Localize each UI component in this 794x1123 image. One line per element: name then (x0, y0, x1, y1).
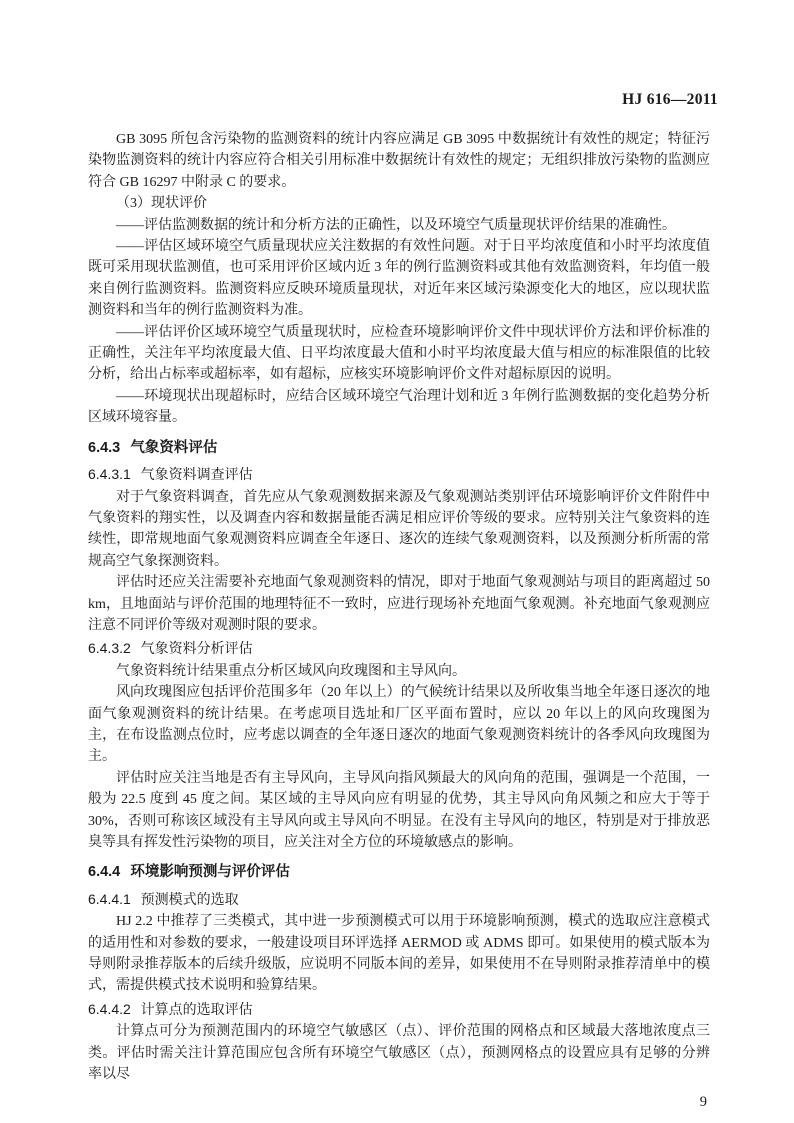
paragraph-dash-evaluation-standards: ——评估评价区域环境空气质量现状时，应检查环境影响评价文件中现状评价方法和评价标… (88, 322, 710, 386)
heading-number: 6.4.4 (88, 864, 120, 880)
paragraph-dash-data-validity: ——评估区域环境空气质量现状应关注数据的有效性问题。对于日平均浓度值和小时平均浓… (88, 236, 710, 322)
paragraph-wind-rose-requirements: 风向玫瑰图应包括评价范围多年（20 年以上）的气候统计结果以及所收集当地全年逐日… (88, 682, 710, 768)
paragraph-meteorological-survey: 对于气象资料调查，首先应从气象观测数据来源及气象观测站类别评估环境影响评价文件附… (88, 487, 710, 573)
heading-number: 6.4.3.1 (88, 466, 131, 482)
heading-title: 气象资料评估 (130, 440, 217, 456)
heading-number: 6.4.4.2 (88, 1001, 131, 1017)
heading-number: 6.4.3 (88, 440, 120, 456)
heading-6-4-4-2: 6.4.4.2计算点的选取评估 (88, 999, 710, 1021)
heading-title: 气象资料调查评估 (141, 468, 253, 483)
heading-6-4-3-2: 6.4.3.2气象资料分析评估 (88, 638, 710, 660)
heading-title: 环境影响预测与评价评估 (130, 864, 290, 880)
heading-6-4-3-1: 6.4.3.1气象资料调查评估 (88, 464, 710, 486)
heading-title: 预测模式的选取 (141, 893, 239, 908)
heading-title: 计算点的选取评估 (141, 1003, 253, 1018)
paragraph-calculation-points: 计算点可分为预测范围内的环境空气敏感区（点）、评价范围的网格点和区域最大落地浓度… (88, 1021, 710, 1085)
paragraph-wind-rose-focus: 气象资料统计结果重点分析区域风向玫瑰图和主导风向。 (88, 661, 710, 682)
paragraph-dash-exceedance-trend: ——环境现状出现超标时，应结合区域环境空气治理计划和近 3 年例行监测数据的变化… (88, 386, 710, 429)
heading-title: 气象资料分析评估 (141, 642, 253, 657)
heading-6-4-3: 6.4.3气象资料评估 (88, 438, 710, 459)
heading-6-4-4: 6.4.4环境影响预测与评价评估 (88, 862, 710, 883)
paragraph-item-3-status-evaluation: （3）现状评价 (88, 193, 710, 214)
heading-number: 6.4.4.1 (88, 891, 131, 907)
page-content: GB 3095 所包含污染物的监测资料的统计内容应满足 GB 3095 中数据统… (88, 129, 710, 1112)
paragraph-monitoring-statistics: GB 3095 所包含污染物的监测资料的统计内容应满足 GB 3095 中数据统… (88, 129, 710, 193)
paragraph-dominant-wind-direction: 评估时应关注当地是否有主导风向，主导风向指风频最大的风向角的范围，强调是一个范围… (88, 768, 710, 854)
document-page: HJ 616—2011 GB 3095 所包含污染物的监测资料的统计内容应满足 … (0, 0, 794, 1123)
heading-number: 6.4.3.2 (88, 640, 131, 656)
page-number: 9 (88, 1092, 710, 1112)
paragraph-dash-data-methods: ——评估监测数据的统计和分析方法的正确性，以及环境空气质量现状评价结果的准确性。 (88, 215, 710, 236)
paragraph-model-selection: HJ 2.2 中推荐了三类模式，其中进一步预测模式可以用于环境影响预测，模式的选… (88, 911, 710, 997)
page-header: HJ 616—2011 (88, 91, 718, 109)
paragraph-supplementary-observation: 评估时还应关注需要补充地面气象观测资料的情况，即对于地面气象观测站与项目的距离超… (88, 572, 710, 636)
standard-number: HJ 616—2011 (622, 91, 718, 108)
heading-6-4-4-1: 6.4.4.1预测模式的选取 (88, 889, 710, 911)
